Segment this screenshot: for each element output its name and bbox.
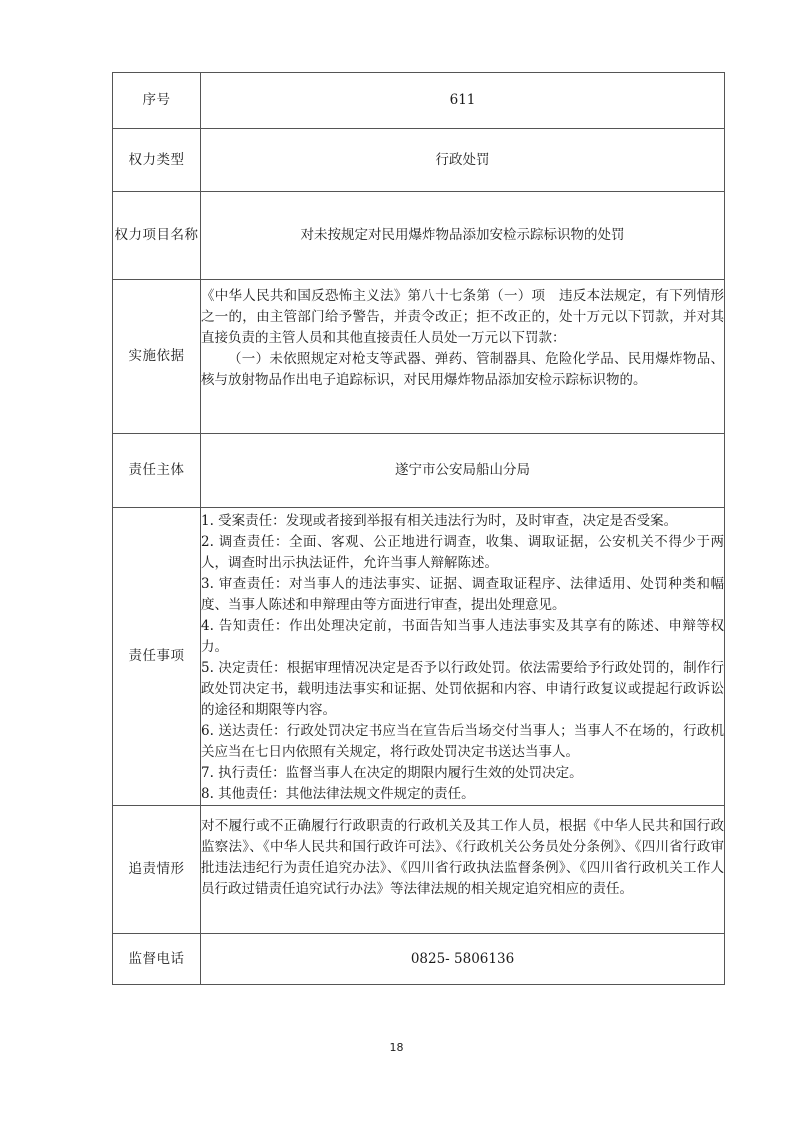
label-supervision-phone: 监督电话 [113,934,201,985]
power-item-table: 序号 611 权力类型 行政处罚 权力项目名称 对未按规定对民用爆炸物品添加安检… [112,72,725,985]
row-responsibilities: 责任事项 1. 受案责任：发现或者接到举报有相关违法行为时，及时审查，决定是否受… [113,508,725,806]
responsibility-item: 2. 调查责任：全面、客观、公正地进行调查，收集、调取证据，公安机关不得少于两人… [201,532,724,574]
value-responsible-entity: 遂宁市公安局船山分局 [201,434,725,508]
value-supervision-phone: 0825- 5806136 [201,934,725,985]
row-serial-number: 序号 611 [113,73,725,129]
responsibility-item: 6. 送达责任：行政处罚决定书应当在宣告后当场交付当事人；当事人不在场的，行政机… [201,721,724,763]
label-item-name: 权力项目名称 [113,192,201,280]
responsibility-item: 8. 其他责任：其他法律法规文件规定的责任。 [201,784,724,805]
responsibility-item: 5. 决定责任：根据审理情况决定是否予以行政处罚。依法需要给予行政处罚的，制作行… [201,658,724,721]
row-accountability: 追责情形 对不履行或不正确履行行政职责的行政机关及其工作人员，根据《中华人民共和… [113,806,725,934]
responsibility-item: 3. 审查责任：对当事人的违法事实、证据、调查取证程序、法律适用、处罚种类和幅度… [201,574,724,616]
legal-basis-paragraph-1: 《中华人民共和国反恐怖主义法》第八十七条第（一）项 违反本法规定，有下列情形之一… [201,286,724,349]
label-responsibilities: 责任事项 [113,508,201,806]
value-power-type: 行政处罚 [201,129,725,192]
row-power-type: 权力类型 行政处罚 [113,129,725,192]
row-legal-basis: 实施依据 《中华人民共和国反恐怖主义法》第八十七条第（一）项 违反本法规定，有下… [113,280,725,434]
row-supervision-phone: 监督电话 0825- 5806136 [113,934,725,985]
value-item-name: 对未按规定对民用爆炸物品添加安检示踪标识物的处罚 [201,192,725,280]
page-number: 18 [0,1041,793,1054]
label-responsible-entity: 责任主体 [113,434,201,508]
value-responsibilities: 1. 受案责任：发现或者接到举报有相关违法行为时，及时审查，决定是否受案。 2.… [201,508,725,806]
responsibility-item: 4. 告知责任：作出处理决定前，书面告知当事人违法事实及其享有的陈述、申辩等权力… [201,616,724,658]
value-accountability: 对不履行或不正确履行行政职责的行政机关及其工作人员，根据《中华人民共和国行政监察… [201,806,725,934]
label-legal-basis: 实施依据 [113,280,201,434]
label-serial-number: 序号 [113,73,201,129]
row-responsible-entity: 责任主体 遂宁市公安局船山分局 [113,434,725,508]
value-serial-number: 611 [201,73,725,129]
responsibility-item: 1. 受案责任：发现或者接到举报有相关违法行为时，及时审查，决定是否受案。 [201,511,724,532]
legal-basis-paragraph-2: （一）未依照规定对枪支等武器、弹药、管制器具、危险化学品、民用爆炸物品、核与放射… [201,349,724,391]
label-power-type: 权力类型 [113,129,201,192]
row-item-name: 权力项目名称 对未按规定对民用爆炸物品添加安检示踪标识物的处罚 [113,192,725,280]
responsibility-item: 7. 执行责任：监督当事人在决定的期限内履行生效的处罚决定。 [201,763,724,784]
value-legal-basis: 《中华人民共和国反恐怖主义法》第八十七条第（一）项 违反本法规定，有下列情形之一… [201,280,725,434]
label-accountability: 追责情形 [113,806,201,934]
